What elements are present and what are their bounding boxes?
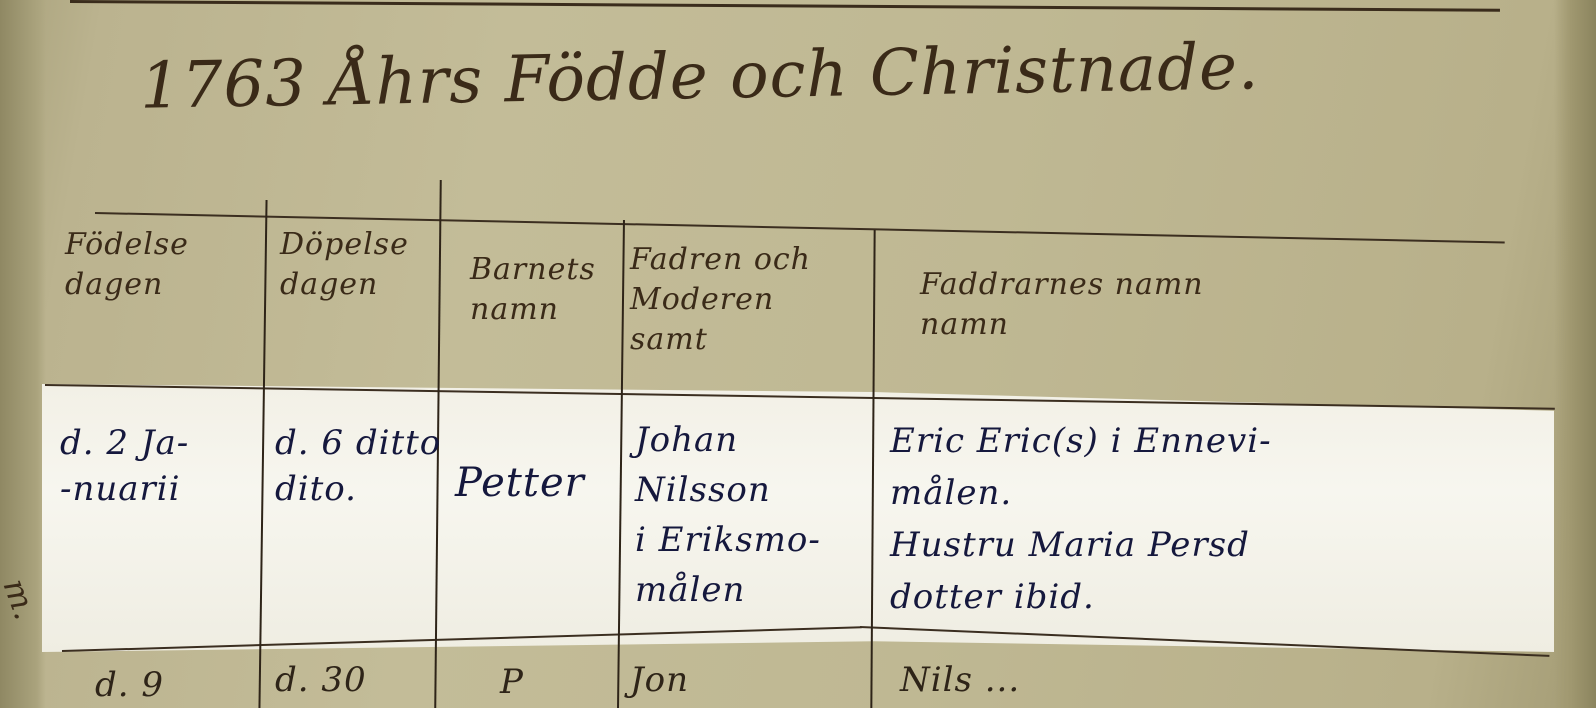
header-text: namn <box>470 290 596 330</box>
cell-text: -nuarii <box>60 466 189 512</box>
header-text: Döpelse <box>280 225 409 265</box>
entry-parents: Johan Nilsson i Eriksmo- målen <box>635 415 821 615</box>
register-page: 1763 Åhrs Födde och Christnade. Födelse … <box>0 0 1596 708</box>
cell-text: målen <box>635 565 821 615</box>
entry-baptism-date: d. 6 ditto dito. <box>275 420 441 512</box>
cell-text: dito. <box>275 466 441 512</box>
header-godparents: Faddrarnes namn namn <box>920 265 1204 345</box>
header-parents: Fadren och Moderen samt <box>630 240 811 360</box>
cell-text: Hustru Maria Persd <box>890 519 1272 571</box>
header-text: dagen <box>65 265 189 305</box>
cell-text: Eric Eric(s) i Ennevi- <box>890 415 1272 467</box>
next-row-birth-date: d. 9 <box>95 665 164 705</box>
cell-text: d. 6 ditto <box>275 420 441 466</box>
cell-text: målen. <box>890 467 1272 519</box>
cell-text: dotter ibid. <box>890 571 1272 623</box>
page-title: 1763 Åhrs Födde och Christnade. <box>139 30 1259 124</box>
header-text: dagen <box>280 265 409 305</box>
next-row-baptism-date: d. 30 <box>275 660 367 700</box>
cell-text: i Eriksmo- <box>635 515 821 565</box>
entry-child-name: Petter <box>455 460 585 506</box>
entry-godparents: Eric Eric(s) i Ennevi- målen. Hustru Mar… <box>890 415 1272 623</box>
header-text: Födelse <box>65 225 189 265</box>
next-row-godparents: Nils ... <box>900 660 1020 700</box>
next-row-child-name: P <box>500 662 524 702</box>
cell-text: d. 2 Ja- <box>60 420 189 466</box>
header-text: Fadren och <box>630 240 811 280</box>
header-text: Moderen <box>630 280 811 320</box>
header-birth-date: Födelse dagen <box>65 225 189 305</box>
entry-birth-date: d. 2 Ja- -nuarii <box>60 420 189 512</box>
top-rule-line <box>70 0 1500 12</box>
cell-text: Johan <box>635 415 821 465</box>
next-row-parents: Jon <box>630 660 689 700</box>
header-text: samt <box>630 320 811 360</box>
header-text: Barnets <box>470 250 596 290</box>
header-baptism-date: Döpelse dagen <box>280 225 409 305</box>
header-text: Faddrarnes namn <box>920 265 1204 305</box>
header-text: namn <box>920 305 1204 345</box>
cell-text: Nilsson <box>635 465 821 515</box>
header-child-name: Barnets namn <box>470 250 596 330</box>
page-edge <box>1554 0 1596 708</box>
